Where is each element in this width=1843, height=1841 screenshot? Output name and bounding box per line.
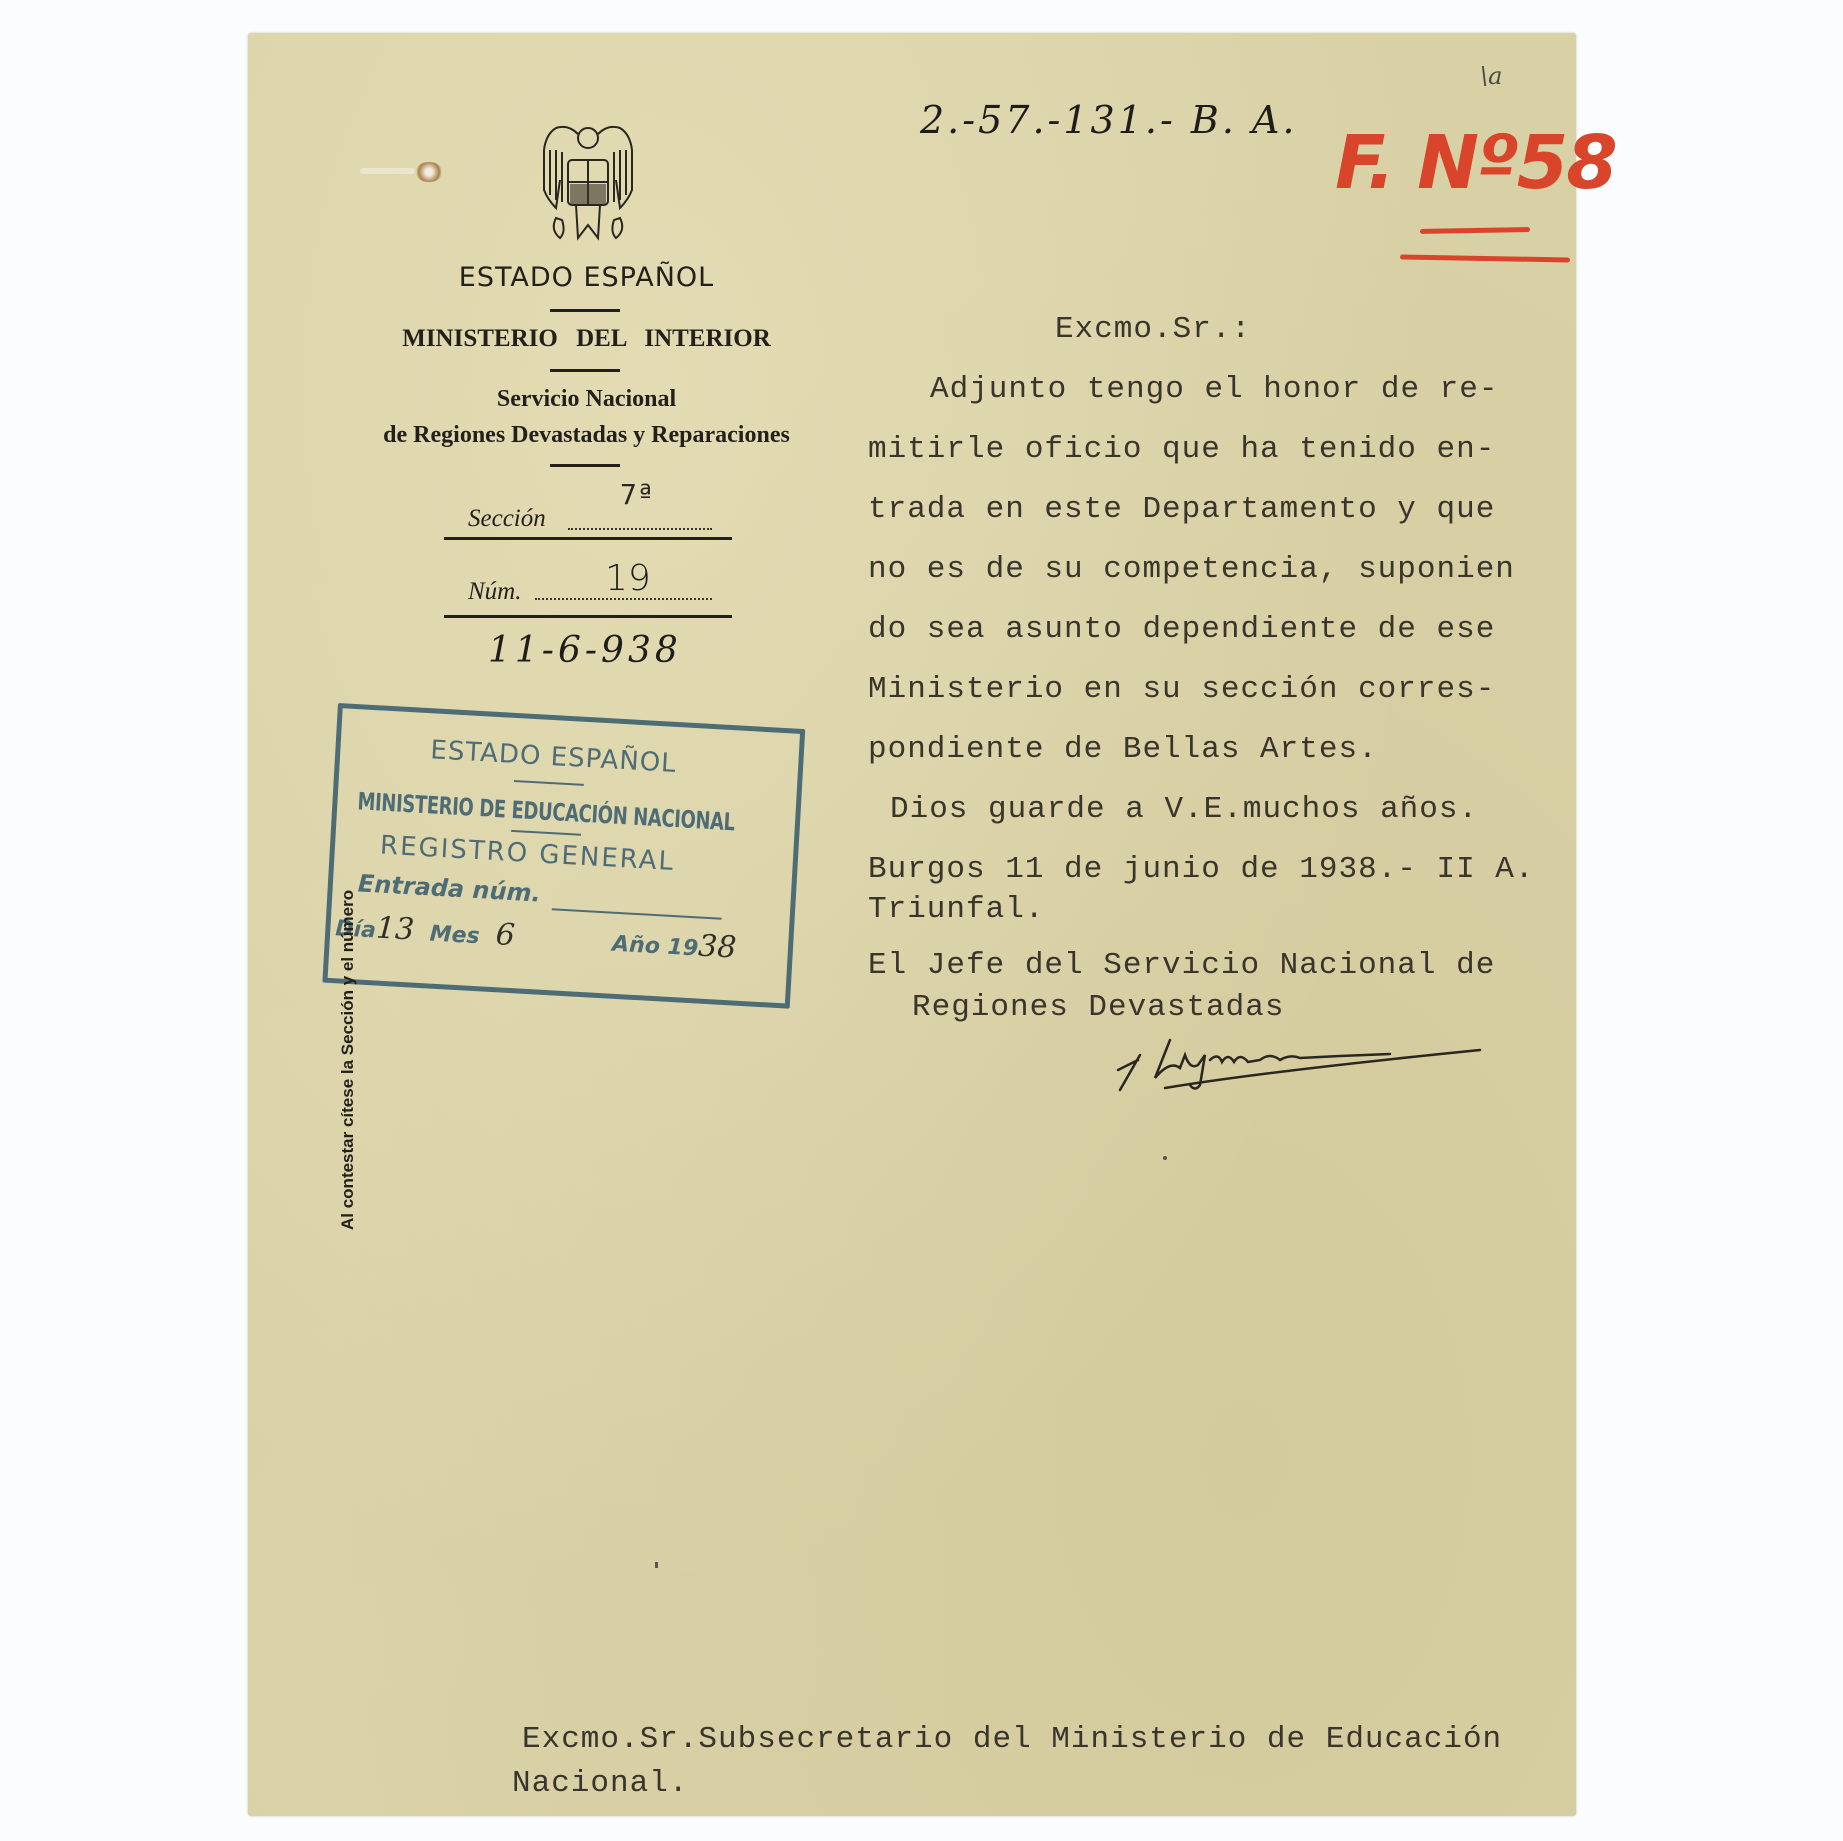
reference-code: 2.-57.-131.- B. A.: [920, 98, 1298, 142]
stamp-divider: [514, 780, 584, 786]
number-value: 19: [605, 558, 651, 599]
letterhead-state: ESTADO ESPAÑOL: [380, 262, 793, 293]
stamp-line2: MINISTERIO DE EDUCACIÓN NACIONAL: [357, 787, 736, 836]
body-line: Ministerio en su sección corres-: [868, 672, 1495, 707]
signer-line2: Regiones Devastadas: [912, 990, 1284, 1025]
body-line: do sea asunto dependiente de ese: [868, 612, 1495, 647]
letterhead-service-line2: de Regiones Devastadas y Reparaciones: [330, 422, 843, 449]
stamp-divider: [511, 830, 581, 836]
stray-mark: [1163, 1156, 1167, 1160]
signature: [1110, 1030, 1490, 1100]
letterhead-service-line1: Servicio Nacional: [330, 386, 843, 413]
number-label: Núm.: [468, 578, 521, 606]
closing: Dios guarde a V.E.muchos años.: [890, 792, 1478, 827]
body-line: pondiente de Bellas Artes.: [868, 732, 1378, 767]
divider: [550, 309, 620, 312]
section-rule: [444, 537, 732, 540]
red-annotation: F. Nº58: [1335, 120, 1616, 206]
place-date-line2: Triunfal.: [868, 892, 1044, 927]
stamp-month-label: Mes: [429, 922, 480, 950]
section-value: 7ª: [620, 478, 654, 511]
number-rule: [444, 615, 732, 618]
stamp-entry-line: [552, 908, 722, 919]
number-dotted-line: [535, 598, 712, 600]
section-label: Sección: [468, 505, 546, 533]
stray-mark: [655, 1562, 658, 1568]
addressee-line2: Nacional.: [512, 1766, 688, 1801]
stamp-year-label: Año 19: [611, 932, 698, 962]
margin-note: Al contestar cítese la Sección y el núme…: [338, 890, 358, 1230]
paper-damage-spot: [360, 162, 470, 184]
body-line: trada en este Departamento y que: [868, 492, 1495, 527]
registry-stamp: ESTADO ESPAÑOL MINISTERIO DE EDUCACIÓN N…: [322, 703, 805, 1009]
corner-mark: \a: [1480, 62, 1502, 90]
body-line: mitirle oficio que ha tenido en-: [868, 432, 1495, 467]
divider: [550, 464, 620, 467]
stamp-month-value: 6: [495, 917, 516, 953]
stamp-day-value: 13: [375, 911, 415, 948]
place-date-line1: Burgos 11 de junio de 1938.- II A.: [868, 852, 1535, 887]
addressee-line1: Excmo.Sr.Subsecretario del Ministerio de…: [522, 1722, 1502, 1757]
stamp-line3: REGISTRO GENERAL: [379, 831, 675, 877]
stamp-year-value: 38: [697, 929, 737, 966]
stamp-line1: ESTADO ESPAÑOL: [430, 735, 678, 779]
handwritten-date: 11-6-938: [488, 630, 682, 671]
body-line: Adjunto tengo el honor de re-: [930, 372, 1499, 407]
signer-line1: El Jefe del Servicio Nacional de: [868, 948, 1495, 983]
letterhead-ministry: MINISTERIO DEL INTERIOR: [360, 325, 813, 353]
divider: [550, 369, 620, 372]
body-line: no es de su competencia, suponien: [868, 552, 1515, 587]
salutation: Excmo.Sr.:: [1055, 312, 1251, 347]
section-dotted-line: [568, 528, 712, 530]
stamp-entry-label: Entrada núm.: [357, 869, 541, 907]
coat-of-arms-eagle-icon: [538, 120, 638, 245]
